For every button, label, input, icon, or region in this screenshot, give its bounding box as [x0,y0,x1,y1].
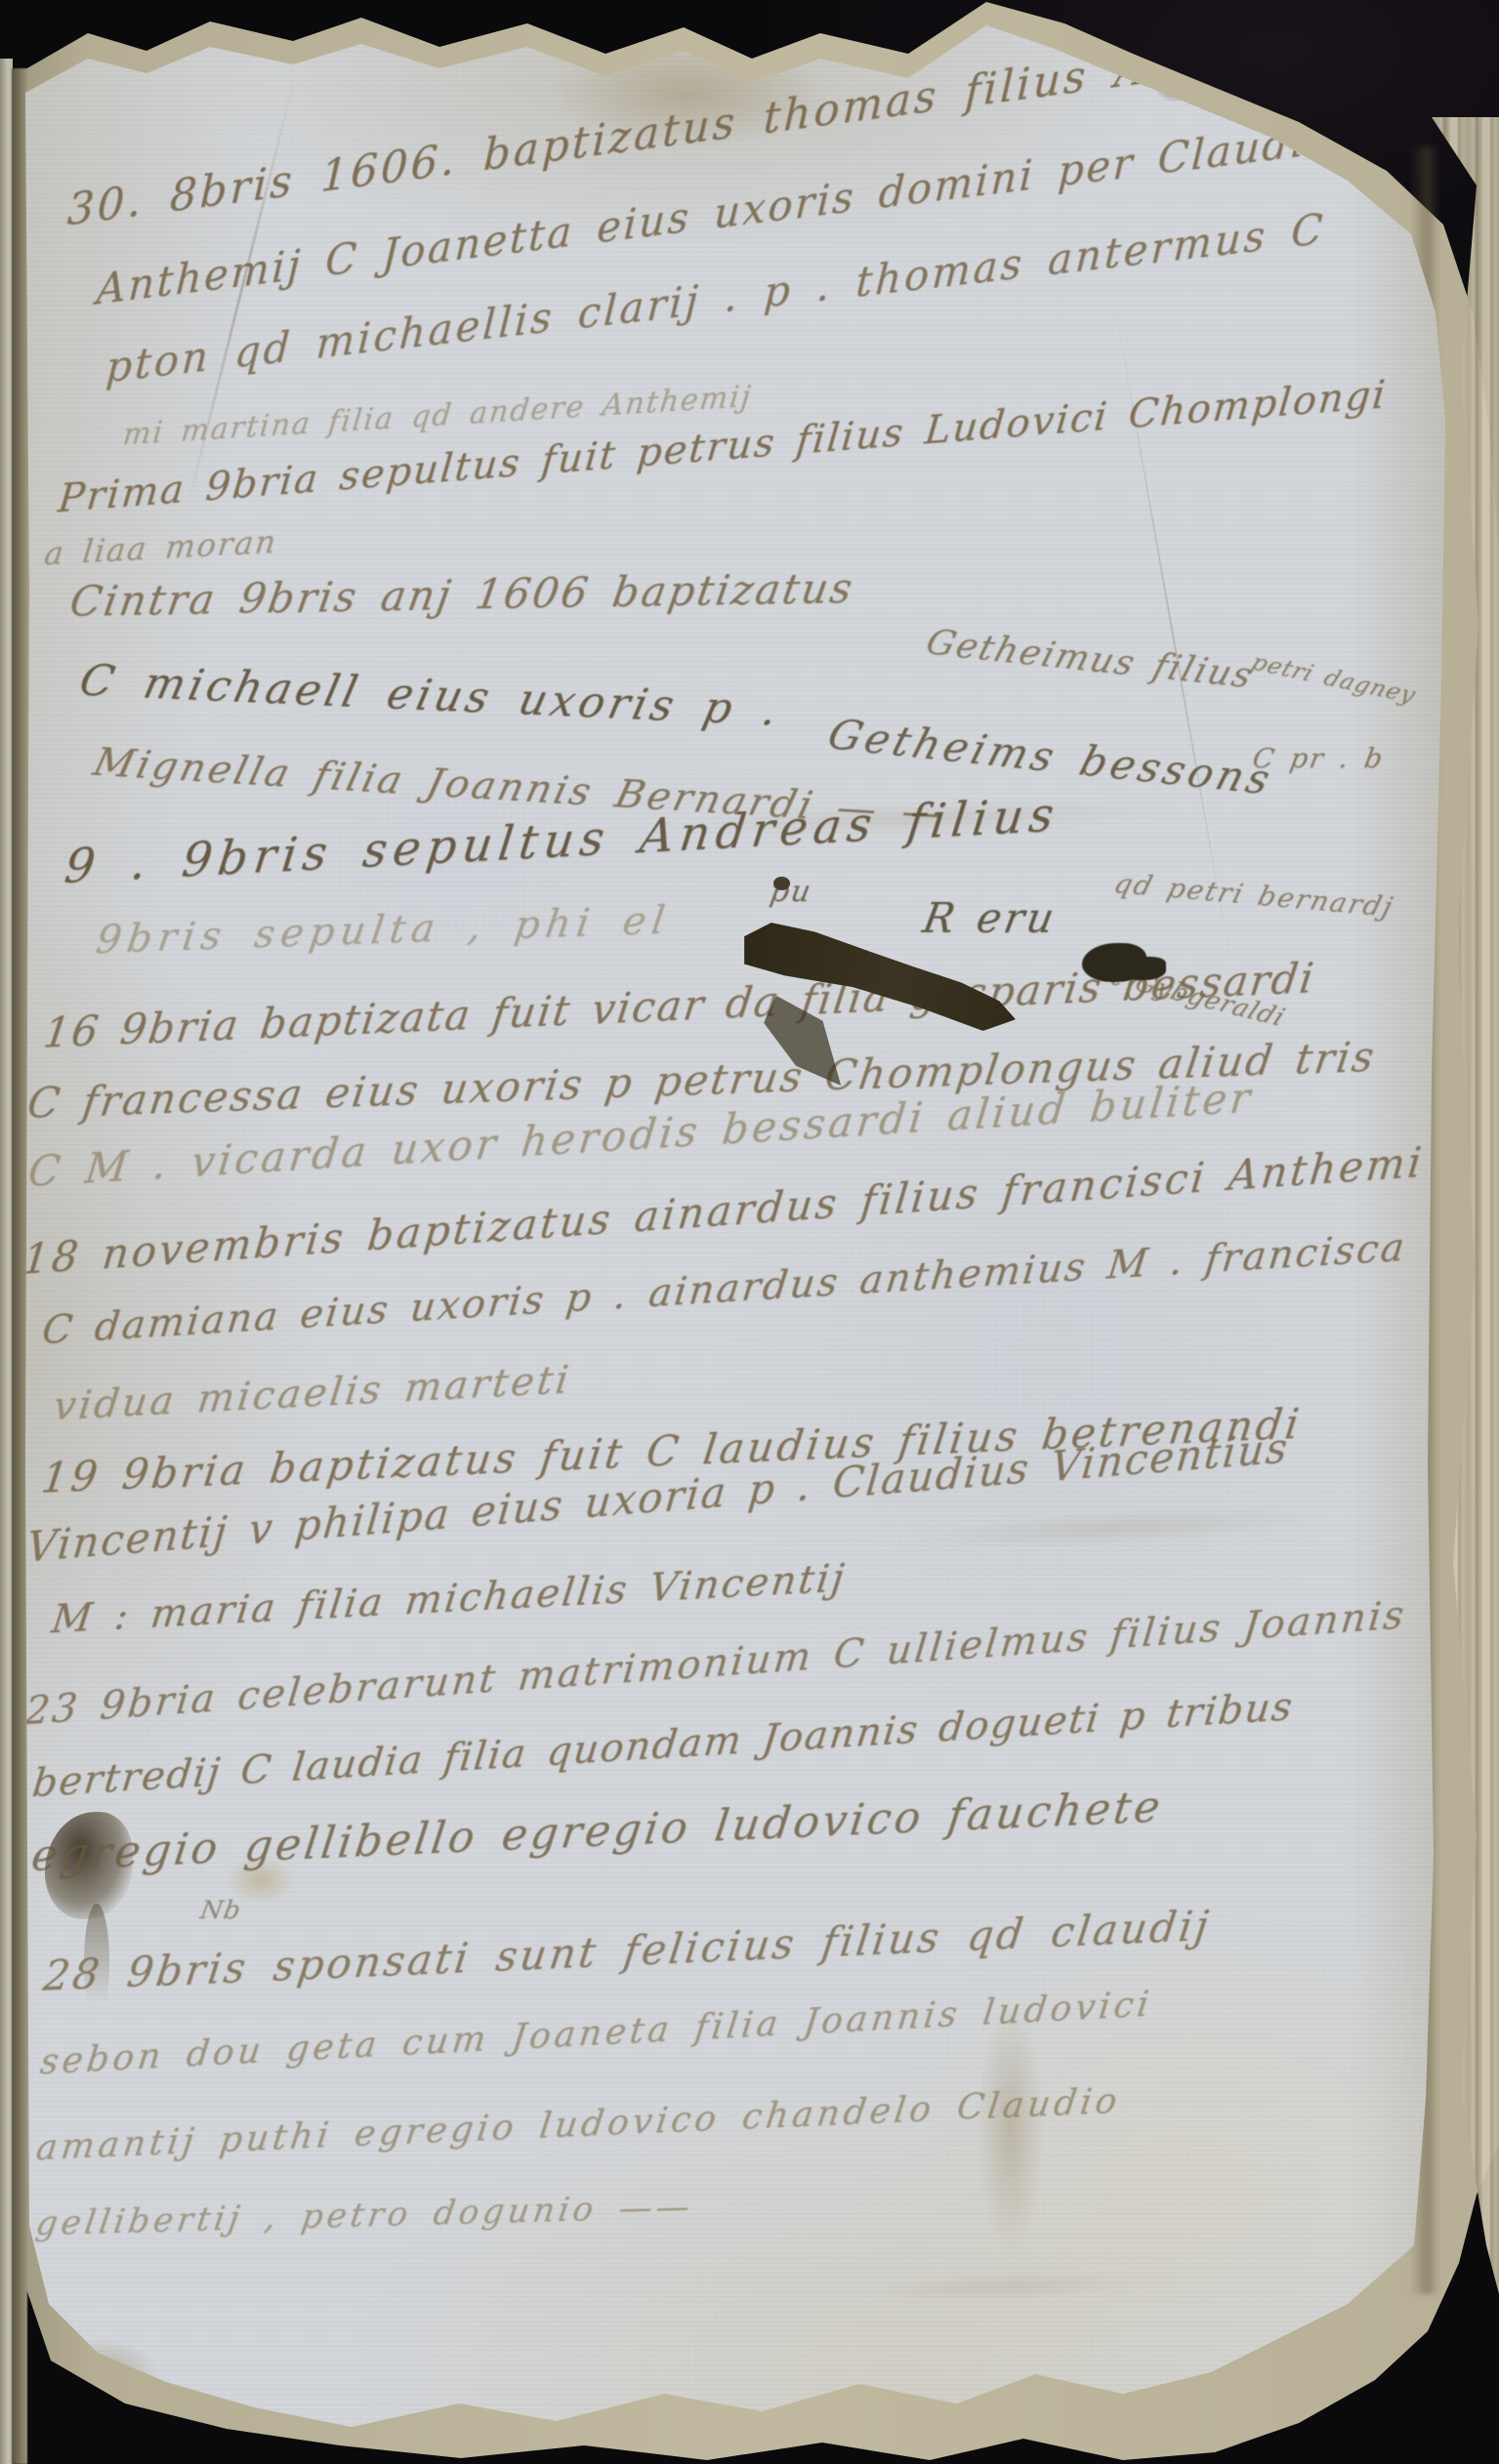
paper-stain [977,2001,1045,2255]
manuscript-line: C pr . b [1250,742,1387,774]
ink-spot [1082,943,1146,982]
book-gutter [12,68,27,2464]
ink-dot [773,877,790,890]
manuscript-line: R eru [919,894,1061,942]
photo-backdrop: 30. 8bris 1606. baptizatus thomas filius… [0,0,1499,2464]
manuscript-page: 30. 8bris 1606. baptizatus thomas filius… [0,0,1499,2464]
manuscript-line: Nb [198,1896,244,1925]
